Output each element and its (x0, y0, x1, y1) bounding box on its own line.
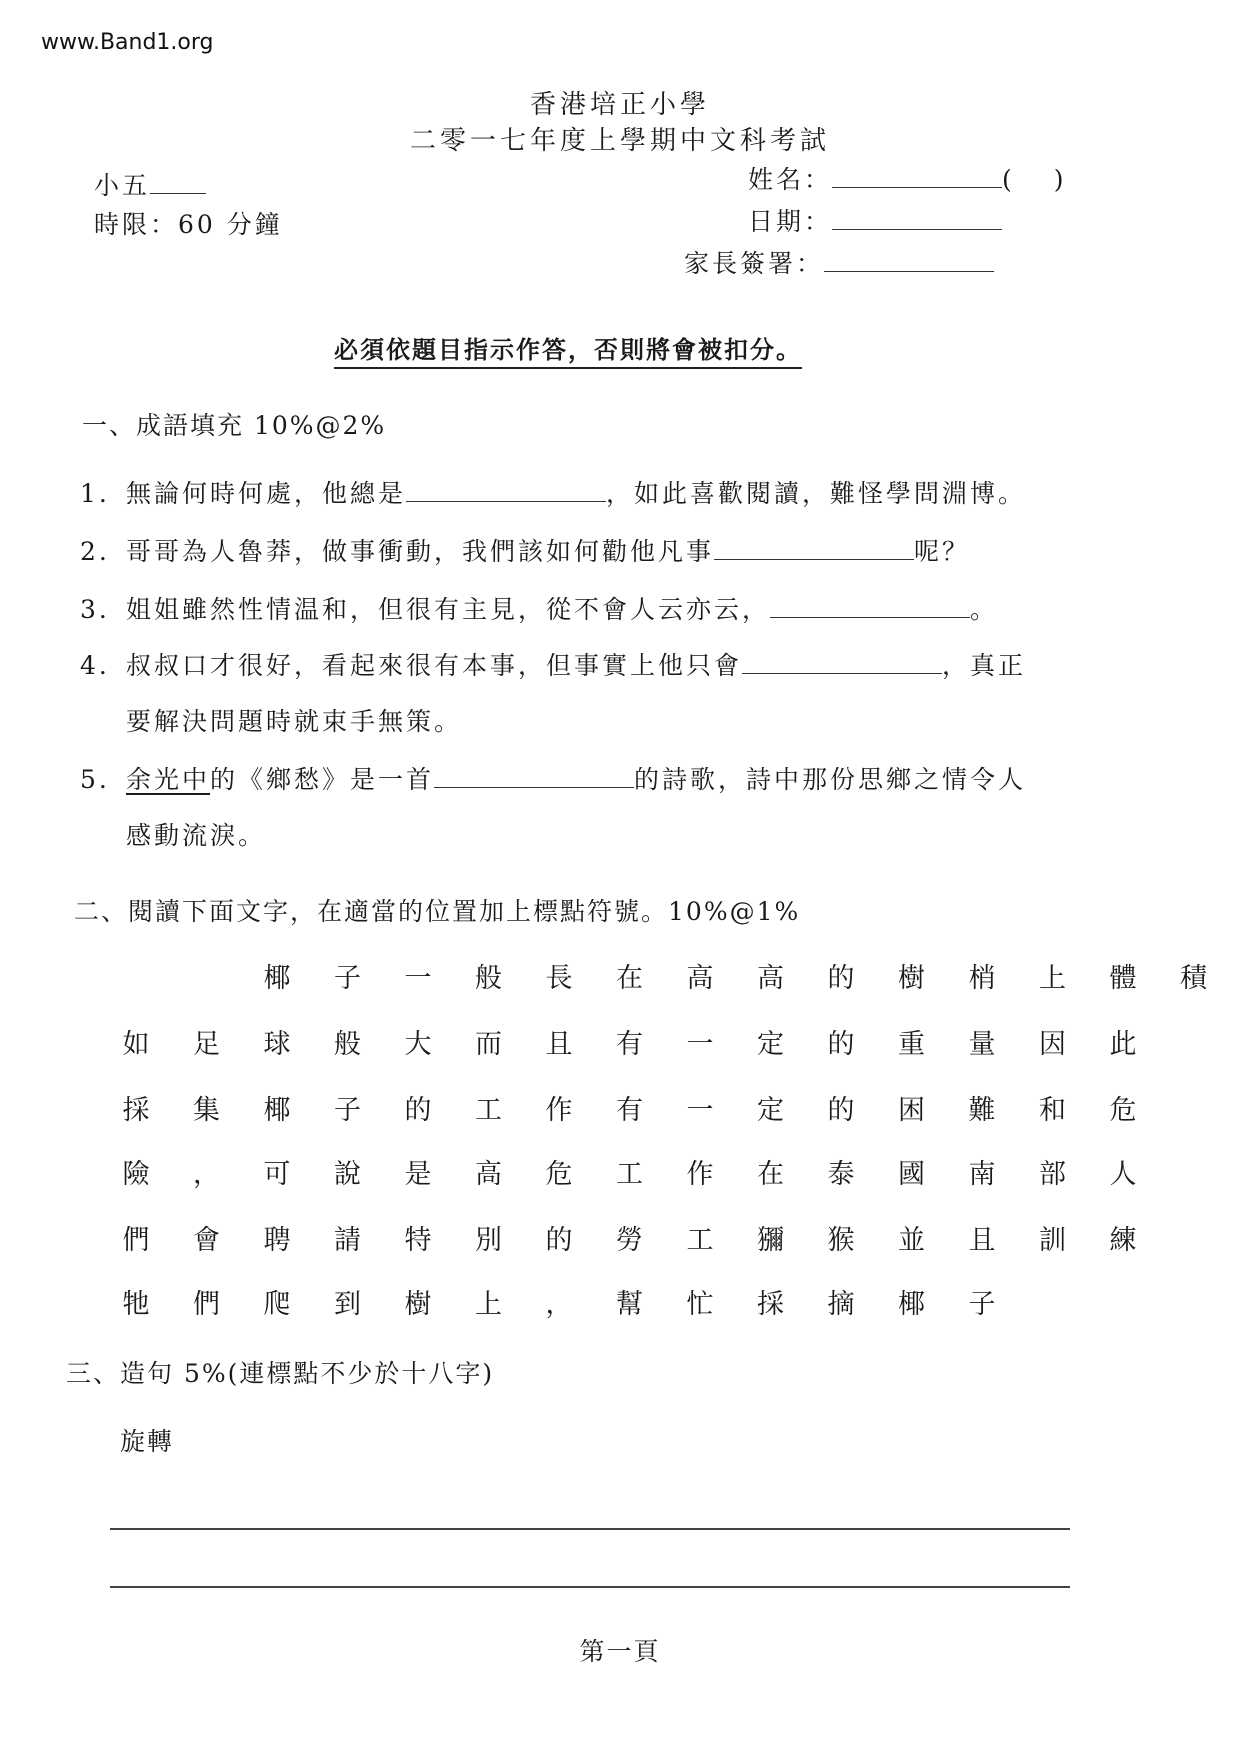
parent-sign-label: 家長簽署： (684, 249, 824, 278)
date-label: 日期： (748, 207, 832, 236)
passage-char: 猴 (821, 1218, 861, 1257)
question-3: 3.姐姐雖然性情温和，但很有主見，從不會人云亦云，。 (80, 590, 998, 626)
passage-char: 忙 (680, 1282, 720, 1321)
passage-char: 危 (539, 1152, 579, 1191)
passage-char: 摘 (821, 1282, 861, 1321)
passage-char (187, 956, 227, 995)
passage-char: 子 (328, 956, 368, 995)
passage-char: 並 (892, 1218, 932, 1257)
question-2: 2.哥哥為人魯莽，做事衝動，我們該如何勸他凡事呢？ (80, 532, 970, 568)
passage-char: 般 (469, 956, 509, 995)
passage-char: 請 (328, 1218, 368, 1257)
passage-char: 椰 (257, 1088, 297, 1127)
question-1: 1.無論何時何處，他總是，如此喜歡閱讀，難怪學問淵博。 (80, 474, 1026, 510)
passage-char: 有 (610, 1088, 650, 1127)
watermark: www.Band1.org (41, 30, 214, 55)
school-name: 香港培正小學 (0, 84, 1240, 121)
passage-char: 國 (892, 1152, 932, 1191)
passage-char: 重 (892, 1022, 932, 1061)
exam-title: 二零一七年度上學期中文科考試 (0, 120, 1240, 157)
passage-char: 們 (116, 1218, 156, 1257)
passage-char: 到 (328, 1282, 368, 1321)
passage-char: 們 (187, 1282, 227, 1321)
passage-char: 別 (469, 1218, 509, 1257)
proper-name-underline: 余光中 (126, 765, 210, 794)
passage-char: 在 (751, 1152, 791, 1191)
passage-char: 是 (398, 1152, 438, 1191)
passage-char: 爬 (257, 1282, 297, 1321)
passage-char: 的 (821, 1022, 861, 1061)
passage-char: 而 (469, 1022, 509, 1061)
passage-char: ， (539, 1282, 579, 1321)
passage-char: 一 (680, 1022, 720, 1061)
passage-char: 椰 (892, 1282, 932, 1321)
passage-char: 大 (398, 1022, 438, 1061)
passage-char: 子 (962, 1282, 1002, 1321)
passage-char: 險 (116, 1152, 156, 1191)
section2-title: 二、閱讀下面文字，在適當的位置加上標點符號。10%@1% (74, 892, 800, 928)
passage-char: 椰 (257, 956, 297, 995)
passage-char: 訓 (1033, 1218, 1073, 1257)
passage-char: 高 (469, 1152, 509, 1191)
question-5: 5.余光中的《鄉愁》是一首的詩歌，詩中那份思鄉之情令人 (80, 760, 1026, 796)
passage-char: 足 (187, 1022, 227, 1061)
passage-char: 量 (962, 1022, 1002, 1061)
passage-char: 般 (328, 1022, 368, 1061)
passage-char: 的 (821, 956, 861, 995)
passage-char: 聘 (257, 1218, 297, 1257)
question-4: 4.叔叔口才很好，看起來很有本事，但事實上他只會，真正 (80, 646, 1026, 682)
passage-char: 上 (469, 1282, 509, 1321)
answer-line-2[interactable] (110, 1586, 1070, 1588)
question-4-continued: 要解決問題時就束手無策。 (126, 702, 462, 738)
instruction-text: 必須依題目指示作答，否則將會被扣分。 (334, 330, 802, 369)
passage-char: 練 (1103, 1218, 1143, 1257)
section3-title: 三、造句 5%(連標點不少於十八字) (66, 1354, 494, 1390)
passage-char: 的 (821, 1088, 861, 1127)
passage-char: ， (187, 1152, 227, 1191)
passage-char: 在 (610, 956, 650, 995)
passage-char: 一 (398, 956, 438, 995)
passage-char: 子 (328, 1088, 368, 1127)
passage-char: 長 (539, 956, 579, 995)
passage-char: 工 (680, 1218, 720, 1257)
section1-title: 一、成語填充 10%@2% (82, 406, 386, 442)
passage-char: 的 (398, 1088, 438, 1127)
passage-char: 泰 (821, 1152, 861, 1191)
passage-char: 特 (398, 1218, 438, 1257)
passage-char: 且 (962, 1218, 1002, 1257)
class-label: 小五 (94, 171, 150, 200)
name-blank[interactable] (832, 167, 1002, 188)
parent-sign-blank[interactable] (824, 251, 994, 272)
passage-char (116, 956, 156, 995)
passage-char: 球 (257, 1022, 297, 1061)
passage-char: 可 (257, 1152, 297, 1191)
passage-char: 樹 (398, 1282, 438, 1321)
section3-word: 旋轉 (120, 1422, 174, 1458)
passage-char: 樹 (892, 956, 932, 995)
name-field: 姓名：( ) (748, 160, 1066, 196)
passage-char: 人 (1103, 1152, 1143, 1191)
passage-char: 困 (892, 1088, 932, 1127)
name-label: 姓名： (748, 165, 832, 194)
passage-char: 定 (751, 1088, 791, 1127)
passage-char: 作 (680, 1152, 720, 1191)
passage-char: 作 (539, 1088, 579, 1127)
passage-char: 幫 (610, 1282, 650, 1321)
passage-char: 南 (962, 1152, 1002, 1191)
answer-blank-4[interactable] (742, 649, 942, 674)
passage-char: 積 (1174, 956, 1214, 995)
passage-char: 勞 (610, 1218, 650, 1257)
page-number: 第一頁 (0, 1632, 1240, 1668)
passage-char: 牠 (116, 1282, 156, 1321)
class-blank[interactable] (150, 173, 206, 194)
answer-blank-1[interactable] (406, 477, 606, 502)
passage-char: 如 (116, 1022, 156, 1061)
passage-char: 工 (610, 1152, 650, 1191)
passage-char: 有 (610, 1022, 650, 1061)
passage-char: 一 (680, 1088, 720, 1127)
passage-char: 定 (751, 1022, 791, 1061)
passage-char: 且 (539, 1022, 579, 1061)
answer-blank-3[interactable] (770, 593, 970, 618)
date-field: 日期： (748, 202, 1002, 238)
passage-char: 採 (116, 1088, 156, 1127)
passage-char: 說 (328, 1152, 368, 1191)
date-blank[interactable] (832, 209, 1002, 230)
time-limit: 時限：60 分鐘 (94, 205, 283, 241)
passage-char: 難 (962, 1088, 1002, 1127)
passage-char: 危 (1103, 1088, 1143, 1127)
passage-char: 部 (1033, 1152, 1073, 1191)
passage-char: 此 (1103, 1022, 1143, 1061)
passage-char: 體 (1103, 956, 1143, 995)
class-number-paren[interactable]: ( ) (1002, 165, 1066, 194)
passage-char: 高 (680, 956, 720, 995)
answer-blank-2[interactable] (714, 535, 914, 560)
passage-char: 因 (1033, 1022, 1073, 1061)
question-5-continued: 感動流淚。 (126, 816, 266, 852)
answer-blank-5[interactable] (434, 763, 634, 788)
passage-char: 梢 (962, 956, 1002, 995)
answer-line-1[interactable] (110, 1528, 1070, 1530)
passage-char: 和 (1033, 1088, 1073, 1127)
passage-char: 會 (187, 1218, 227, 1257)
passage-char: 高 (751, 956, 791, 995)
passage-char: 集 (187, 1088, 227, 1127)
passage-char: 的 (539, 1218, 579, 1257)
class-field: 小五 (94, 166, 206, 202)
parent-sign-field: 家長簽署： (684, 244, 994, 280)
passage-char: 獼 (751, 1218, 791, 1257)
passage-char: 採 (751, 1282, 791, 1321)
passage-char: 上 (1033, 956, 1073, 995)
passage-char: 工 (469, 1088, 509, 1127)
